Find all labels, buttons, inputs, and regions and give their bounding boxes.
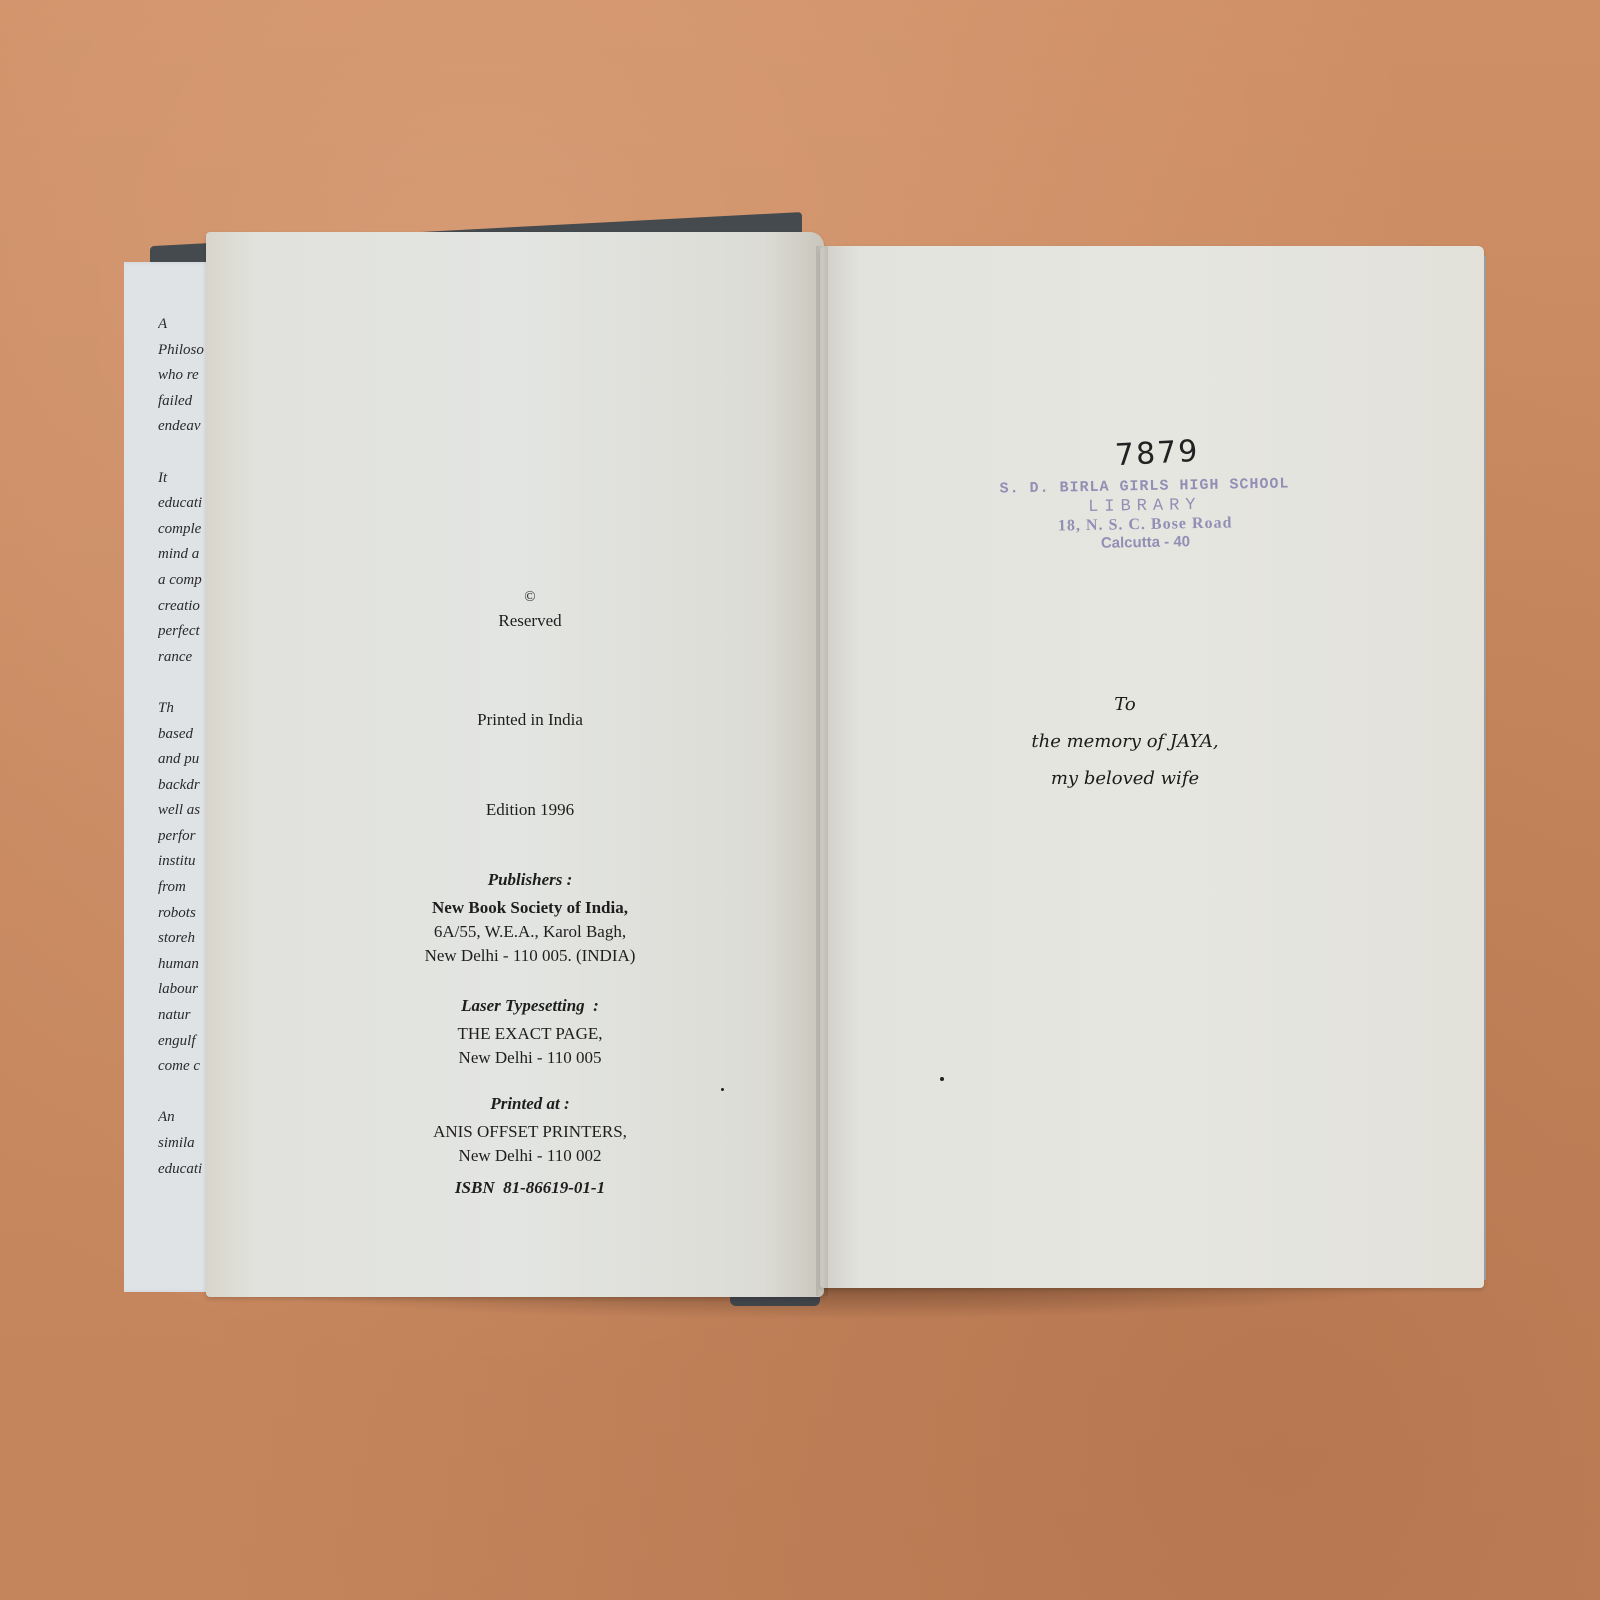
printer-name: ANIS OFFSET PRINTERS,: [380, 1120, 680, 1144]
printed-in-label: Printed in India: [380, 708, 680, 732]
printer-block: Printed at : ANIS OFFSET PRINTERS, New D…: [380, 1092, 680, 1200]
publisher-address-2: New Delhi - 110 005. (INDIA): [380, 944, 680, 968]
isbn: ISBN 81-86619-01-1: [380, 1176, 680, 1200]
book-gutter: [816, 246, 828, 1296]
publishers-label: Publishers :: [380, 868, 680, 892]
typesetter-address: New Delhi - 110 005: [380, 1046, 680, 1070]
library-stamp: S. D. BIRLA GIRLS HIGH SCHOOL LIBRARY 18…: [974, 475, 1315, 554]
typesetting-label: Laser Typesetting :: [380, 994, 680, 1018]
printed-at-label: Printed at :: [380, 1092, 680, 1116]
printer-address: New Delhi - 110 002: [380, 1144, 680, 1168]
publisher-address-1: 6A/55, W.E.A., Karol Bagh,: [380, 920, 680, 944]
publisher-name: New Book Society of India,: [380, 896, 680, 920]
edition-text: Edition 1996: [380, 798, 680, 822]
dedication-line-2: the memory of JAYA,: [1000, 723, 1250, 760]
dedication-line-1: To: [1000, 686, 1250, 723]
edition-label: Edition 1996: [380, 798, 680, 822]
dedication-line-3: my beloved wife: [1000, 760, 1250, 797]
ink-speck: [721, 1088, 724, 1091]
copyright-icon: ©: [380, 585, 680, 609]
publisher-block: Publishers : New Book Society of India, …: [380, 868, 680, 968]
accession-number: 7879: [1114, 434, 1200, 473]
typesetting-block: Laser Typesetting : THE EXACT PAGE, New …: [380, 994, 680, 1070]
dedication: To the memory of JAYA, my beloved wife: [1000, 686, 1250, 797]
copyright-block: © Reserved: [380, 585, 680, 633]
ink-speck: [940, 1077, 944, 1081]
typesetter-name: THE EXACT PAGE,: [380, 1022, 680, 1046]
printed-in-text: Printed in India: [380, 708, 680, 732]
reserved-text: Reserved: [380, 609, 680, 633]
